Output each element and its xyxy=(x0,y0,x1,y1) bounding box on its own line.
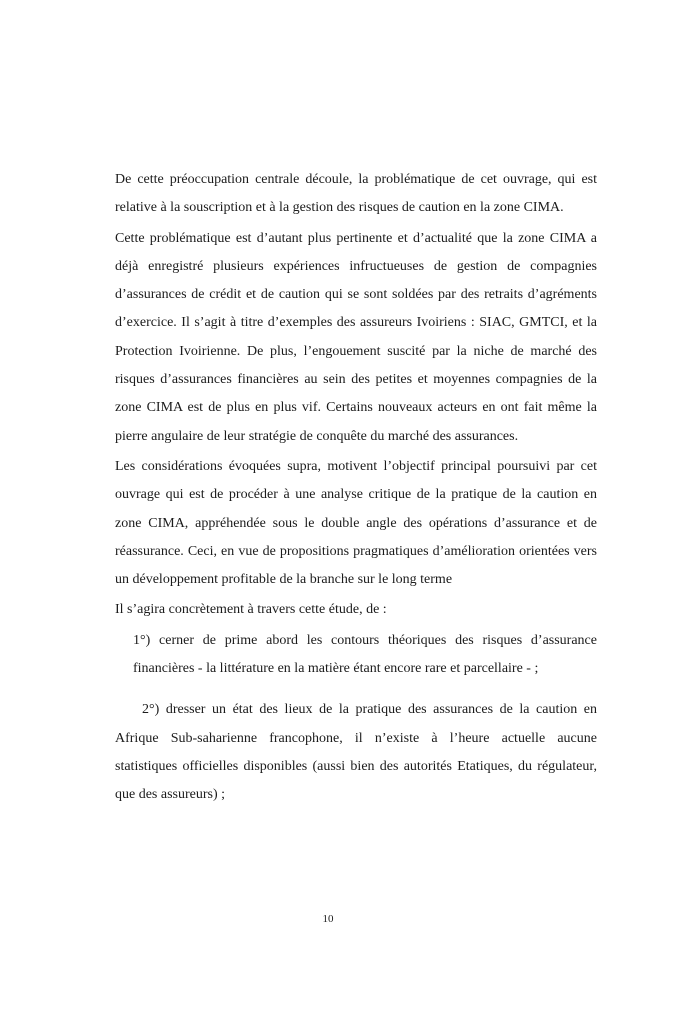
list-item-1: 1°) cerner de prime abord les contours t… xyxy=(133,627,597,684)
text-line: zone CIMA est de plus en plus vif. Certa… xyxy=(115,394,597,422)
text-line: Afrique Sub-saharienne francophone, il n… xyxy=(115,725,597,753)
list-item-2: 2°) dresser un état des lieux de la prat… xyxy=(115,696,597,809)
paragraph-problematique: De cette préoccupation centrale découle,… xyxy=(115,166,597,223)
text-line: Les considérations évoquées supra, motiv… xyxy=(115,453,597,481)
text-line: Protection Ivoirienne. De plus, l’engoue… xyxy=(115,338,597,366)
text-line: Cette problématique est d’autant plus pe… xyxy=(115,225,597,253)
page-content: De cette préoccupation centrale découle,… xyxy=(115,166,597,812)
text-line: 2°) dresser un état des lieux de la prat… xyxy=(115,696,597,724)
text-line: d’assurances de crédit et de caution qui… xyxy=(115,281,597,309)
text-line: ouvrage qui est de procéder à une analys… xyxy=(115,481,597,509)
text-line: risques d’assurances financières au sein… xyxy=(115,366,597,394)
text-line: un développement profitable de la branch… xyxy=(115,566,597,594)
text-line: relative à la souscription et à la gesti… xyxy=(115,194,597,222)
page-number: 10 xyxy=(0,913,656,925)
text-line: déjà enregistré plusieurs expériences in… xyxy=(115,253,597,281)
text-line: zone CIMA, appréhendée sous le double an… xyxy=(115,510,597,538)
paragraph-pertinence: Cette problématique est d’autant plus pe… xyxy=(115,225,597,451)
text-line: financières - la littérature en la matiè… xyxy=(133,655,597,683)
text-line: pierre angulaire de leur stratégie de co… xyxy=(115,423,597,451)
document-page: De cette préoccupation centrale découle,… xyxy=(0,0,700,1028)
paragraph-objectif: Les considérations évoquées supra, motiv… xyxy=(115,453,597,594)
text-line: réassurance. Ceci, en vue de proposition… xyxy=(115,538,597,566)
paragraph-intro-liste: Il s’agira concrètement à travers cette … xyxy=(115,596,597,624)
text-line: d’exercice. Il s’agit à titre d’exemples… xyxy=(115,309,597,337)
text-line: Il s’agira concrètement à travers cette … xyxy=(115,596,597,624)
text-line: De cette préoccupation centrale découle,… xyxy=(115,166,597,194)
text-line: 1°) cerner de prime abord les contours t… xyxy=(133,627,597,655)
text-line: que des assureurs) ; xyxy=(115,781,597,809)
text-line: statistiques officielles disponibles (au… xyxy=(115,753,597,781)
